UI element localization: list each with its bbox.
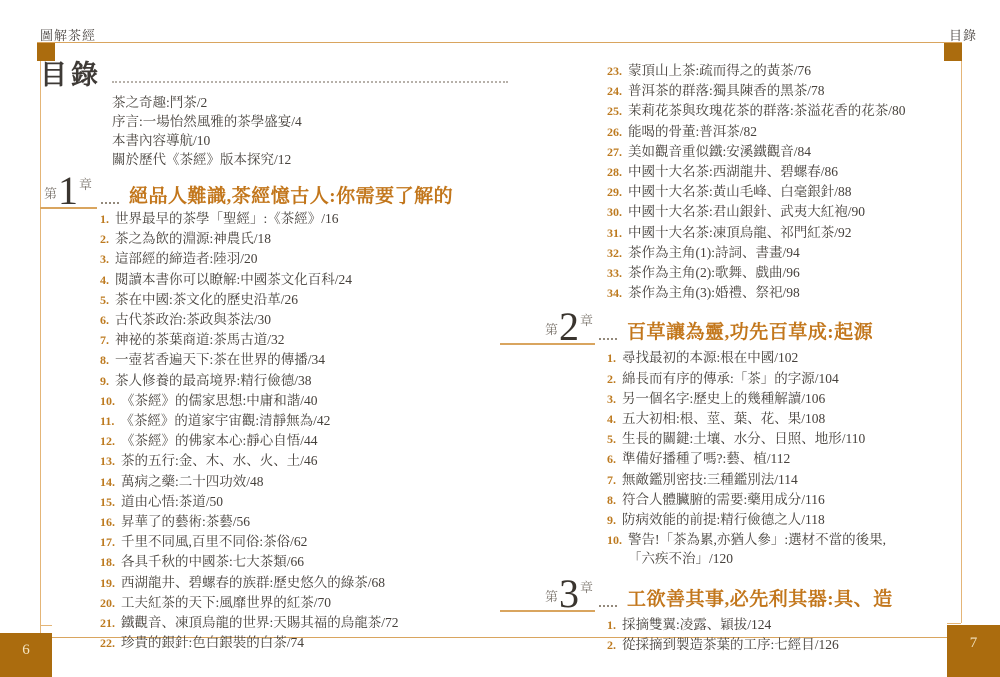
toc-item-text: 古代茶政治:茶政與茶法/30 — [115, 310, 510, 329]
toc-item-number: 3. — [100, 250, 109, 269]
toc-item: 31.中國十大名茶:凍頂烏龍、祁門紅茶/92 — [607, 223, 962, 243]
toc-item-number: 8. — [607, 491, 616, 510]
chapter-3-items: 1.採摘雙翼:凌露、穎拔/1242.從採摘到製造茶葉的工序:七經目/126 — [607, 615, 962, 655]
toc-item: 1.採摘雙翼:凌露、穎拔/124 — [607, 615, 962, 635]
toc-item-number: 11. — [100, 412, 114, 431]
chapter-1-title: 絕品人難識,茶經憶古人:你需要了解的 — [129, 181, 453, 208]
toc-item-number: 9. — [100, 372, 109, 391]
chapter-2-heading: 第 2 章 百草讓為靈,功先百草成:起源 — [530, 305, 962, 345]
toc-item: 6.準備好播種了嗎?:藝、植/112 — [607, 449, 962, 469]
right-page: 23.蒙頂山上茶:疏而得之的黃茶/7624.普洱茶的群落:獨具陳香的黑茶/782… — [530, 53, 962, 655]
toc-item: 3.這部經的締造者:陸羽/20 — [100, 249, 510, 269]
toc-item: 關於歷代《茶經》版本探究/12 — [112, 150, 510, 169]
toc-item-number: 12. — [100, 432, 115, 451]
toc-item: 18.各具千秋的中國茶:七大茶類/66 — [100, 552, 510, 572]
toc-item-number: 1. — [607, 616, 616, 635]
toc-item-text: 五大初相:根、莖、葉、花、果/108 — [622, 409, 962, 428]
toc-item-text: 無敵鑑別密技:三種鑑別法/114 — [622, 470, 962, 489]
chapter-marker-prefix: 第 — [545, 586, 558, 605]
toc-item: 27.美如觀音重似鐵:安溪鐵觀音/84 — [607, 142, 962, 162]
toc-item: 29.中國十大名茶:黃山毛峰、白毫銀針/88 — [607, 182, 962, 202]
toc-item: 10.警告!「茶為累,亦猶人參」:選材不當的後果,「六疾不治」/120 — [607, 530, 962, 568]
toc-item-text: 茶作為主角(2):歌舞、戲曲/96 — [628, 263, 962, 282]
toc-item: 本書內容導航/10 — [112, 131, 510, 150]
toc-item-text: 中國十大名茶:君山銀針、武夷大紅袍/90 — [628, 202, 962, 221]
toc-item-text: 茶在中國:茶文化的歷史沿革/26 — [115, 290, 510, 309]
toc-item-text: 茶的五行:金、木、水、火、土/46 — [121, 451, 510, 470]
toc-title-row: 目錄 — [40, 53, 510, 89]
toc-item: 9.防病效能的前提:精行儉德之人/118 — [607, 510, 962, 530]
toc-item-text: 閱讀本書你可以瞭解:中國茶文化百科/24 — [115, 270, 510, 289]
toc-item-text: 這部經的締造者:陸羽/20 — [115, 249, 510, 268]
toc-item-number: 6. — [607, 450, 616, 469]
toc-item-number: 1. — [607, 349, 616, 368]
chapter-2-number: 2 — [559, 311, 579, 343]
toc-item-number: 20. — [100, 594, 115, 613]
toc-item-number: 24. — [607, 82, 622, 101]
toc-item-number: 7. — [100, 331, 109, 350]
chapter-1-items: 1.世界最早的茶學「聖經」:《茶經》/162.茶之為飲的淵源:神農氏/183.這… — [100, 209, 510, 653]
toc-item-text: 珍貴的銀針:色白銀裝的白茶/74 — [121, 633, 510, 652]
toc-item-text: 序言:一場怡然風雅的茶學盛宴/4 — [112, 112, 510, 131]
toc-item-number: 15. — [100, 493, 115, 512]
toc-item-number: 19. — [100, 574, 115, 593]
toc-item: 15.道由心悟:茶道/50 — [100, 492, 510, 512]
chapter-marker-prefix: 第 — [545, 319, 558, 338]
toc-item-text: 綿長而有序的傳承:「茶」的字源/104 — [622, 369, 962, 388]
toc-item-number: 32. — [607, 244, 622, 263]
toc-item: 8.一壺茗香遍天下:茶在世界的傳播/34 — [100, 350, 510, 370]
toc-item-number: 5. — [100, 291, 109, 310]
leader-dots — [101, 202, 119, 204]
toc-item-text: 鐵觀音、凍頂烏龍的世界:天賜其福的烏龍茶/72 — [121, 613, 510, 632]
toc-item: 21.鐵觀音、凍頂烏龍的世界:天賜其福的烏龍茶/72 — [100, 613, 510, 633]
toc-item: 4.五大初相:根、莖、葉、花、果/108 — [607, 409, 962, 429]
toc-item-text: 各具千秋的中國茶:七大茶類/66 — [121, 552, 510, 571]
toc-item-text: 普洱茶的群落:獨具陳香的黑茶/78 — [628, 81, 962, 100]
toc-item: 16.昇華了的藝術:茶藝/56 — [100, 512, 510, 532]
leader-dots — [599, 605, 617, 607]
top-rule — [37, 42, 962, 43]
toc-item: 23.蒙頂山上茶:疏而得之的黃茶/76 — [607, 61, 962, 81]
toc-item-number: 23. — [607, 62, 622, 81]
toc-item-number: 2. — [607, 636, 616, 655]
toc-item-text: 昇華了的藝術:茶藝/56 — [121, 512, 510, 531]
chapter-1-heading: 第 1 章 絕品人難識,茶經憶古人:你需要了解的 — [40, 169, 510, 209]
toc-item: 6.古代茶政治:茶政與茶法/30 — [100, 310, 510, 330]
toc-item-text: 本書內容導航/10 — [112, 131, 510, 150]
front-matter-list: 茶之奇趣:鬥茶/2序言:一場怡然風雅的茶學盛宴/4本書內容導航/10關於歷代《茶… — [112, 93, 510, 169]
toc-item-text: 茶之為飲的淵源:神農氏/18 — [115, 229, 510, 248]
toc-item-text: 蒙頂山上茶:疏而得之的黃茶/76 — [628, 61, 962, 80]
toc-item: 7.神祕的茶葉商道:茶馬古道/32 — [100, 330, 510, 350]
toc-item-text: 準備好播種了嗎?:藝、植/112 — [622, 449, 962, 468]
chapter-3-number: 3 — [559, 578, 579, 610]
chapter-2-items: 1.尋找最初的本源:根在中國/1022.綿長而有序的傳承:「茶」的字源/1043… — [607, 348, 962, 568]
toc-item-text: 萬病之藥:二十四功效/48 — [121, 472, 510, 491]
toc-item-text: 茶作為主角(3):婚禮、祭祀/98 — [628, 283, 962, 302]
toc-item-number: 13. — [100, 452, 115, 471]
toc-item-text: 警告!「茶為累,亦猶人參」:選材不當的後果,「六疾不治」/120 — [628, 530, 962, 568]
toc-item: 13.茶的五行:金、木、水、火、土/46 — [100, 451, 510, 471]
toc-item: 12.《茶經》的佛家本心:靜心自悟/44 — [100, 431, 510, 451]
chapter-1-items-continued: 23.蒙頂山上茶:疏而得之的黃茶/7624.普洱茶的群落:獨具陳香的黑茶/782… — [607, 53, 962, 303]
toc-item-number: 7. — [607, 471, 616, 490]
toc-item: 2.綿長而有序的傳承:「茶」的字源/104 — [607, 369, 962, 389]
book-spread: 圖解茶經 目錄 6 7 目錄 茶之奇趣:鬥茶/2序言:一場怡然風雅的茶學盛宴/4… — [0, 0, 1000, 677]
toc-item-number: 28. — [607, 163, 622, 182]
chapter-marker-suffix: 章 — [79, 174, 92, 193]
toc-item-text: 《茶經》的道家宇宙觀:清靜無為/42 — [120, 411, 510, 430]
toc-item-number: 17. — [100, 533, 115, 552]
toc-item-text: 另一個名字:歷史上的幾種解讀/106 — [622, 389, 962, 408]
toc-item: 4.閱讀本書你可以瞭解:中國茶文化百科/24 — [100, 270, 510, 290]
chapter-2-title: 百草讓為靈,功先百草成:起源 — [627, 317, 873, 344]
toc-item: 32.茶作為主角(1):詩詞、書畫/94 — [607, 243, 962, 263]
chapter-marker-suffix: 章 — [580, 310, 593, 329]
toc-item: 1.尋找最初的本源:根在中國/102 — [607, 348, 962, 368]
toc-item: 14.萬病之藥:二十四功效/48 — [100, 472, 510, 492]
toc-item-number: 25. — [607, 102, 622, 121]
toc-item-text: 《茶經》的儒家思想:中庸和諧/40 — [121, 391, 510, 410]
toc-item-text: 防病效能的前提:精行儉德之人/118 — [622, 510, 962, 529]
toc-item-text: 從採摘到製造茶葉的工序:七經目/126 — [622, 635, 962, 654]
toc-item: 8.符合人體臟腑的需要:藥用成分/116 — [607, 490, 962, 510]
toc-item: 序言:一場怡然風雅的茶學盛宴/4 — [112, 112, 510, 131]
left-page: 目錄 茶之奇趣:鬥茶/2序言:一場怡然風雅的茶學盛宴/4本書內容導航/10關於歷… — [40, 53, 510, 653]
leader-dots — [599, 338, 617, 340]
toc-item-number: 10. — [100, 392, 115, 411]
toc-item-number: 31. — [607, 224, 622, 243]
toc-item-number: 34. — [607, 284, 622, 303]
toc-item: 5.茶在中國:茶文化的歷史沿革/26 — [100, 290, 510, 310]
toc-item-text: 《茶經》的佛家本心:靜心自悟/44 — [121, 431, 510, 450]
toc-item-number: 22. — [100, 634, 115, 653]
toc-item-number: 14. — [100, 473, 115, 492]
chapter-3-heading: 第 3 章 工欲善其事,必先利其器:具、造 — [530, 572, 962, 612]
toc-item-number: 1. — [100, 210, 109, 229]
chapter-3-title: 工欲善其事,必先利其器:具、造 — [627, 584, 893, 611]
toc-item: 34.茶作為主角(3):婚禮、祭祀/98 — [607, 283, 962, 303]
toc-item: 10.《茶經》的儒家思想:中庸和諧/40 — [100, 391, 510, 411]
toc-item-number: 4. — [607, 410, 616, 429]
toc-item-text: 尋找最初的本源:根在中國/102 — [622, 348, 962, 367]
toc-item-text: 道由心悟:茶道/50 — [121, 492, 510, 511]
toc-item-text: 茉莉花茶與玫瑰花茶的群落:茶溢花香的花茶/80 — [628, 101, 962, 120]
toc-item-number: 21. — [100, 614, 115, 633]
toc-item: 24.普洱茶的群落:獨具陳香的黑茶/78 — [607, 81, 962, 101]
toc-item: 5.生長的關鍵:土壤、水分、日照、地形/110 — [607, 429, 962, 449]
toc-item: 26.能喝的骨董:普洱茶/82 — [607, 122, 962, 142]
toc-item: 9.茶人修養的最高境界:精行儉德/38 — [100, 371, 510, 391]
toc-item: 33.茶作為主角(2):歌舞、戲曲/96 — [607, 263, 962, 283]
toc-item-number: 9. — [607, 511, 616, 530]
toc-item-text: 神祕的茶葉商道:茶馬古道/32 — [115, 330, 510, 349]
toc-item-text: 符合人體臟腑的需要:藥用成分/116 — [622, 490, 962, 509]
toc-item-text: 茶作為主角(1):詩詞、書畫/94 — [628, 243, 962, 262]
toc-item-text: 茶之奇趣:鬥茶/2 — [112, 93, 510, 112]
chapter-3-marker: 第 3 章 — [500, 577, 595, 612]
chapter-1-number: 1 — [58, 175, 78, 207]
toc-item: 30.中國十大名茶:君山銀針、武夷大紅袍/90 — [607, 202, 962, 222]
toc-item-text: 一壺茗香遍天下:茶在世界的傳播/34 — [115, 350, 510, 369]
toc-item-text: 茶人修養的最高境界:精行儉德/38 — [115, 371, 510, 390]
toc-item-text: 中國十大名茶:西湖龍井、碧螺春/86 — [628, 162, 962, 181]
toc-item: 2.茶之為飲的淵源:神農氏/18 — [100, 229, 510, 249]
toc-item-text: 工夫紅茶的天下:風靡世界的紅茶/70 — [121, 593, 510, 612]
toc-item: 25.茉莉花茶與玫瑰花茶的群落:茶溢花香的花茶/80 — [607, 101, 962, 121]
toc-item-number: 27. — [607, 143, 622, 162]
chapter-2-marker: 第 2 章 — [500, 310, 595, 345]
toc-item: 19.西湖龍井、碧螺春的族群:歷史悠久的綠茶/68 — [100, 573, 510, 593]
toc-item: 2.從採摘到製造茶葉的工序:七經目/126 — [607, 635, 962, 655]
toc-item: 28.中國十大名茶:西湖龍井、碧螺春/86 — [607, 162, 962, 182]
toc-item-number: 29. — [607, 183, 622, 202]
chapter-marker-suffix: 章 — [580, 577, 593, 596]
toc-item: 茶之奇趣:鬥茶/2 — [112, 93, 510, 112]
toc-title-dotted-leader — [112, 81, 508, 83]
toc-item-number: 33. — [607, 264, 622, 283]
toc-item-text: 千里不同風,百里不同俗:茶俗/62 — [121, 532, 510, 551]
toc-item-text: 世界最早的茶學「聖經」:《茶經》/16 — [115, 209, 510, 228]
toc-item-number: 2. — [607, 370, 616, 389]
toc-item-number: 18. — [100, 553, 115, 572]
toc-item: 20.工夫紅茶的天下:風靡世界的紅茶/70 — [100, 593, 510, 613]
toc-item-text: 關於歷代《茶經》版本探究/12 — [112, 150, 510, 169]
toc-item-text: 採摘雙翼:凌露、穎拔/124 — [622, 615, 962, 634]
toc-item-number: 26. — [607, 123, 622, 142]
toc-item-text: 西湖龍井、碧螺春的族群:歷史悠久的綠茶/68 — [121, 573, 510, 592]
toc-item-text: 能喝的骨董:普洱茶/82 — [628, 122, 962, 141]
toc-item-number: 5. — [607, 430, 616, 449]
toc-item-number: 2. — [100, 230, 109, 249]
toc-item-number: 3. — [607, 390, 616, 409]
toc-item: 17.千里不同風,百里不同俗:茶俗/62 — [100, 532, 510, 552]
chapter-marker-prefix: 第 — [44, 183, 57, 202]
toc-item-number: 30. — [607, 203, 622, 222]
toc-item-number: 4. — [100, 271, 109, 290]
toc-item: 11.《茶經》的道家宇宙觀:清靜無為/42 — [100, 411, 510, 431]
toc-item: 3.另一個名字:歷史上的幾種解讀/106 — [607, 389, 962, 409]
toc-item-text: 中國十大名茶:凍頂烏龍、祁門紅茶/92 — [628, 223, 962, 242]
toc-item-number: 10. — [607, 531, 622, 550]
toc-item-number: 8. — [100, 351, 109, 370]
toc-item-text: 中國十大名茶:黃山毛峰、白毫銀針/88 — [628, 182, 962, 201]
toc-item: 22.珍貴的銀針:色白銀裝的白茶/74 — [100, 633, 510, 653]
toc-item: 7.無敵鑑別密技:三種鑑別法/114 — [607, 470, 962, 490]
toc-title: 目錄 — [40, 62, 102, 89]
toc-item-number: 16. — [100, 513, 115, 532]
toc-item-text: 美如觀音重似鐵:安溪鐵觀音/84 — [628, 142, 962, 161]
toc-item-text: 生長的關鍵:土壤、水分、日照、地形/110 — [622, 429, 962, 448]
chapter-1-marker: 第 1 章 — [40, 174, 97, 209]
toc-item: 1.世界最早的茶學「聖經」:《茶經》/16 — [100, 209, 510, 229]
toc-item-number: 6. — [100, 311, 109, 330]
